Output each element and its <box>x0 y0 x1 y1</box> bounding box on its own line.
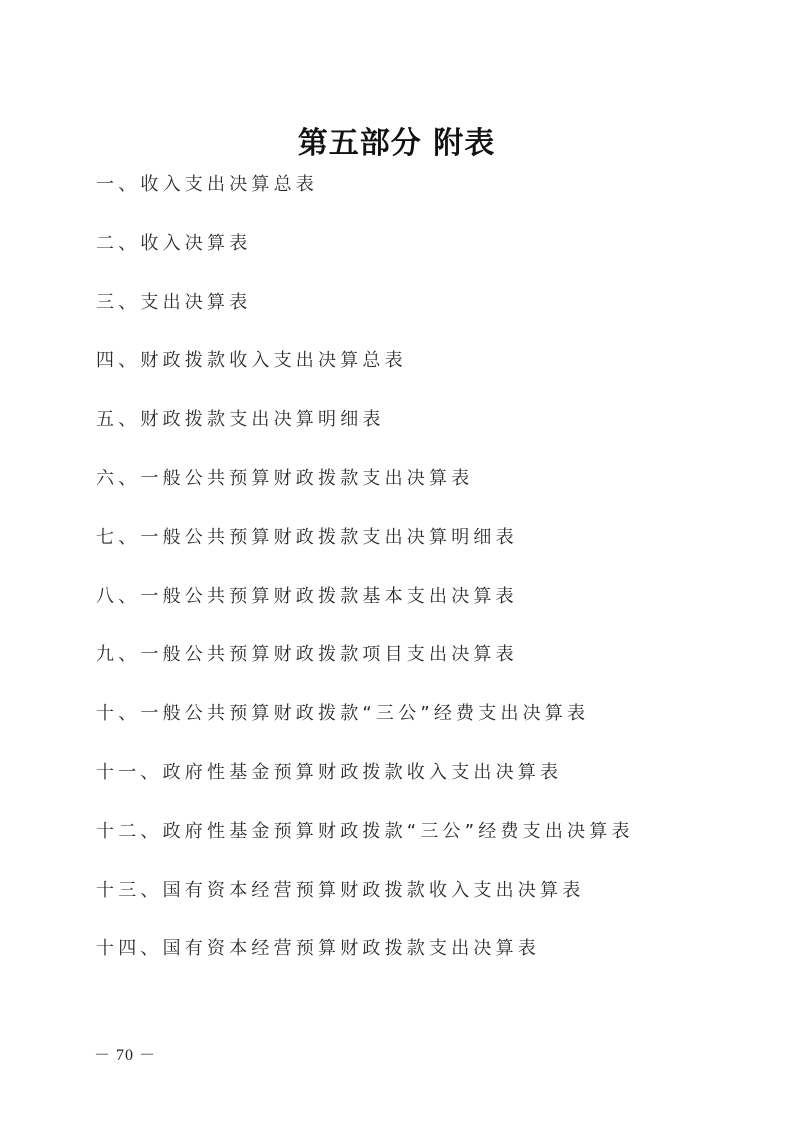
list-item: 十一、政府性基金预算财政拨款收入支出决算表 <box>96 758 634 817</box>
page-title: 第五部分 附表 <box>0 124 793 164</box>
list-item: 七、一般公共预算财政拨款支出决算明细表 <box>96 523 634 582</box>
list-item: 五、财政拨款支出决算明细表 <box>96 405 634 464</box>
list-item: 九、一般公共预算财政拨款项目支出决算表 <box>96 640 634 699</box>
appendix-table-list: 一、收入支出决算总表 二、收入决算表 三、支出决算表 四、财政拨款收入支出决算总… <box>96 170 634 993</box>
list-item: 四、财政拨款收入支出决算总表 <box>96 346 634 405</box>
list-item: 十二、政府性基金预算财政拨款“三公”经费支出决算表 <box>96 817 634 876</box>
list-item: 一、收入支出决算总表 <box>96 170 634 229</box>
list-item: 三、支出决算表 <box>96 288 634 347</box>
list-item: 二、收入决算表 <box>96 229 634 288</box>
list-item: 八、一般公共预算财政拨款基本支出决算表 <box>96 582 634 641</box>
page-number: － 70 － <box>94 1042 156 1065</box>
list-item: 十四、国有资本经营预算财政拨款支出决算表 <box>96 934 634 993</box>
list-item: 十三、国有资本经营预算财政拨款收入支出决算表 <box>96 876 634 935</box>
list-item: 六、一般公共预算财政拨款支出决算表 <box>96 464 634 523</box>
list-item: 十、一般公共预算财政拨款“三公”经费支出决算表 <box>96 699 634 758</box>
